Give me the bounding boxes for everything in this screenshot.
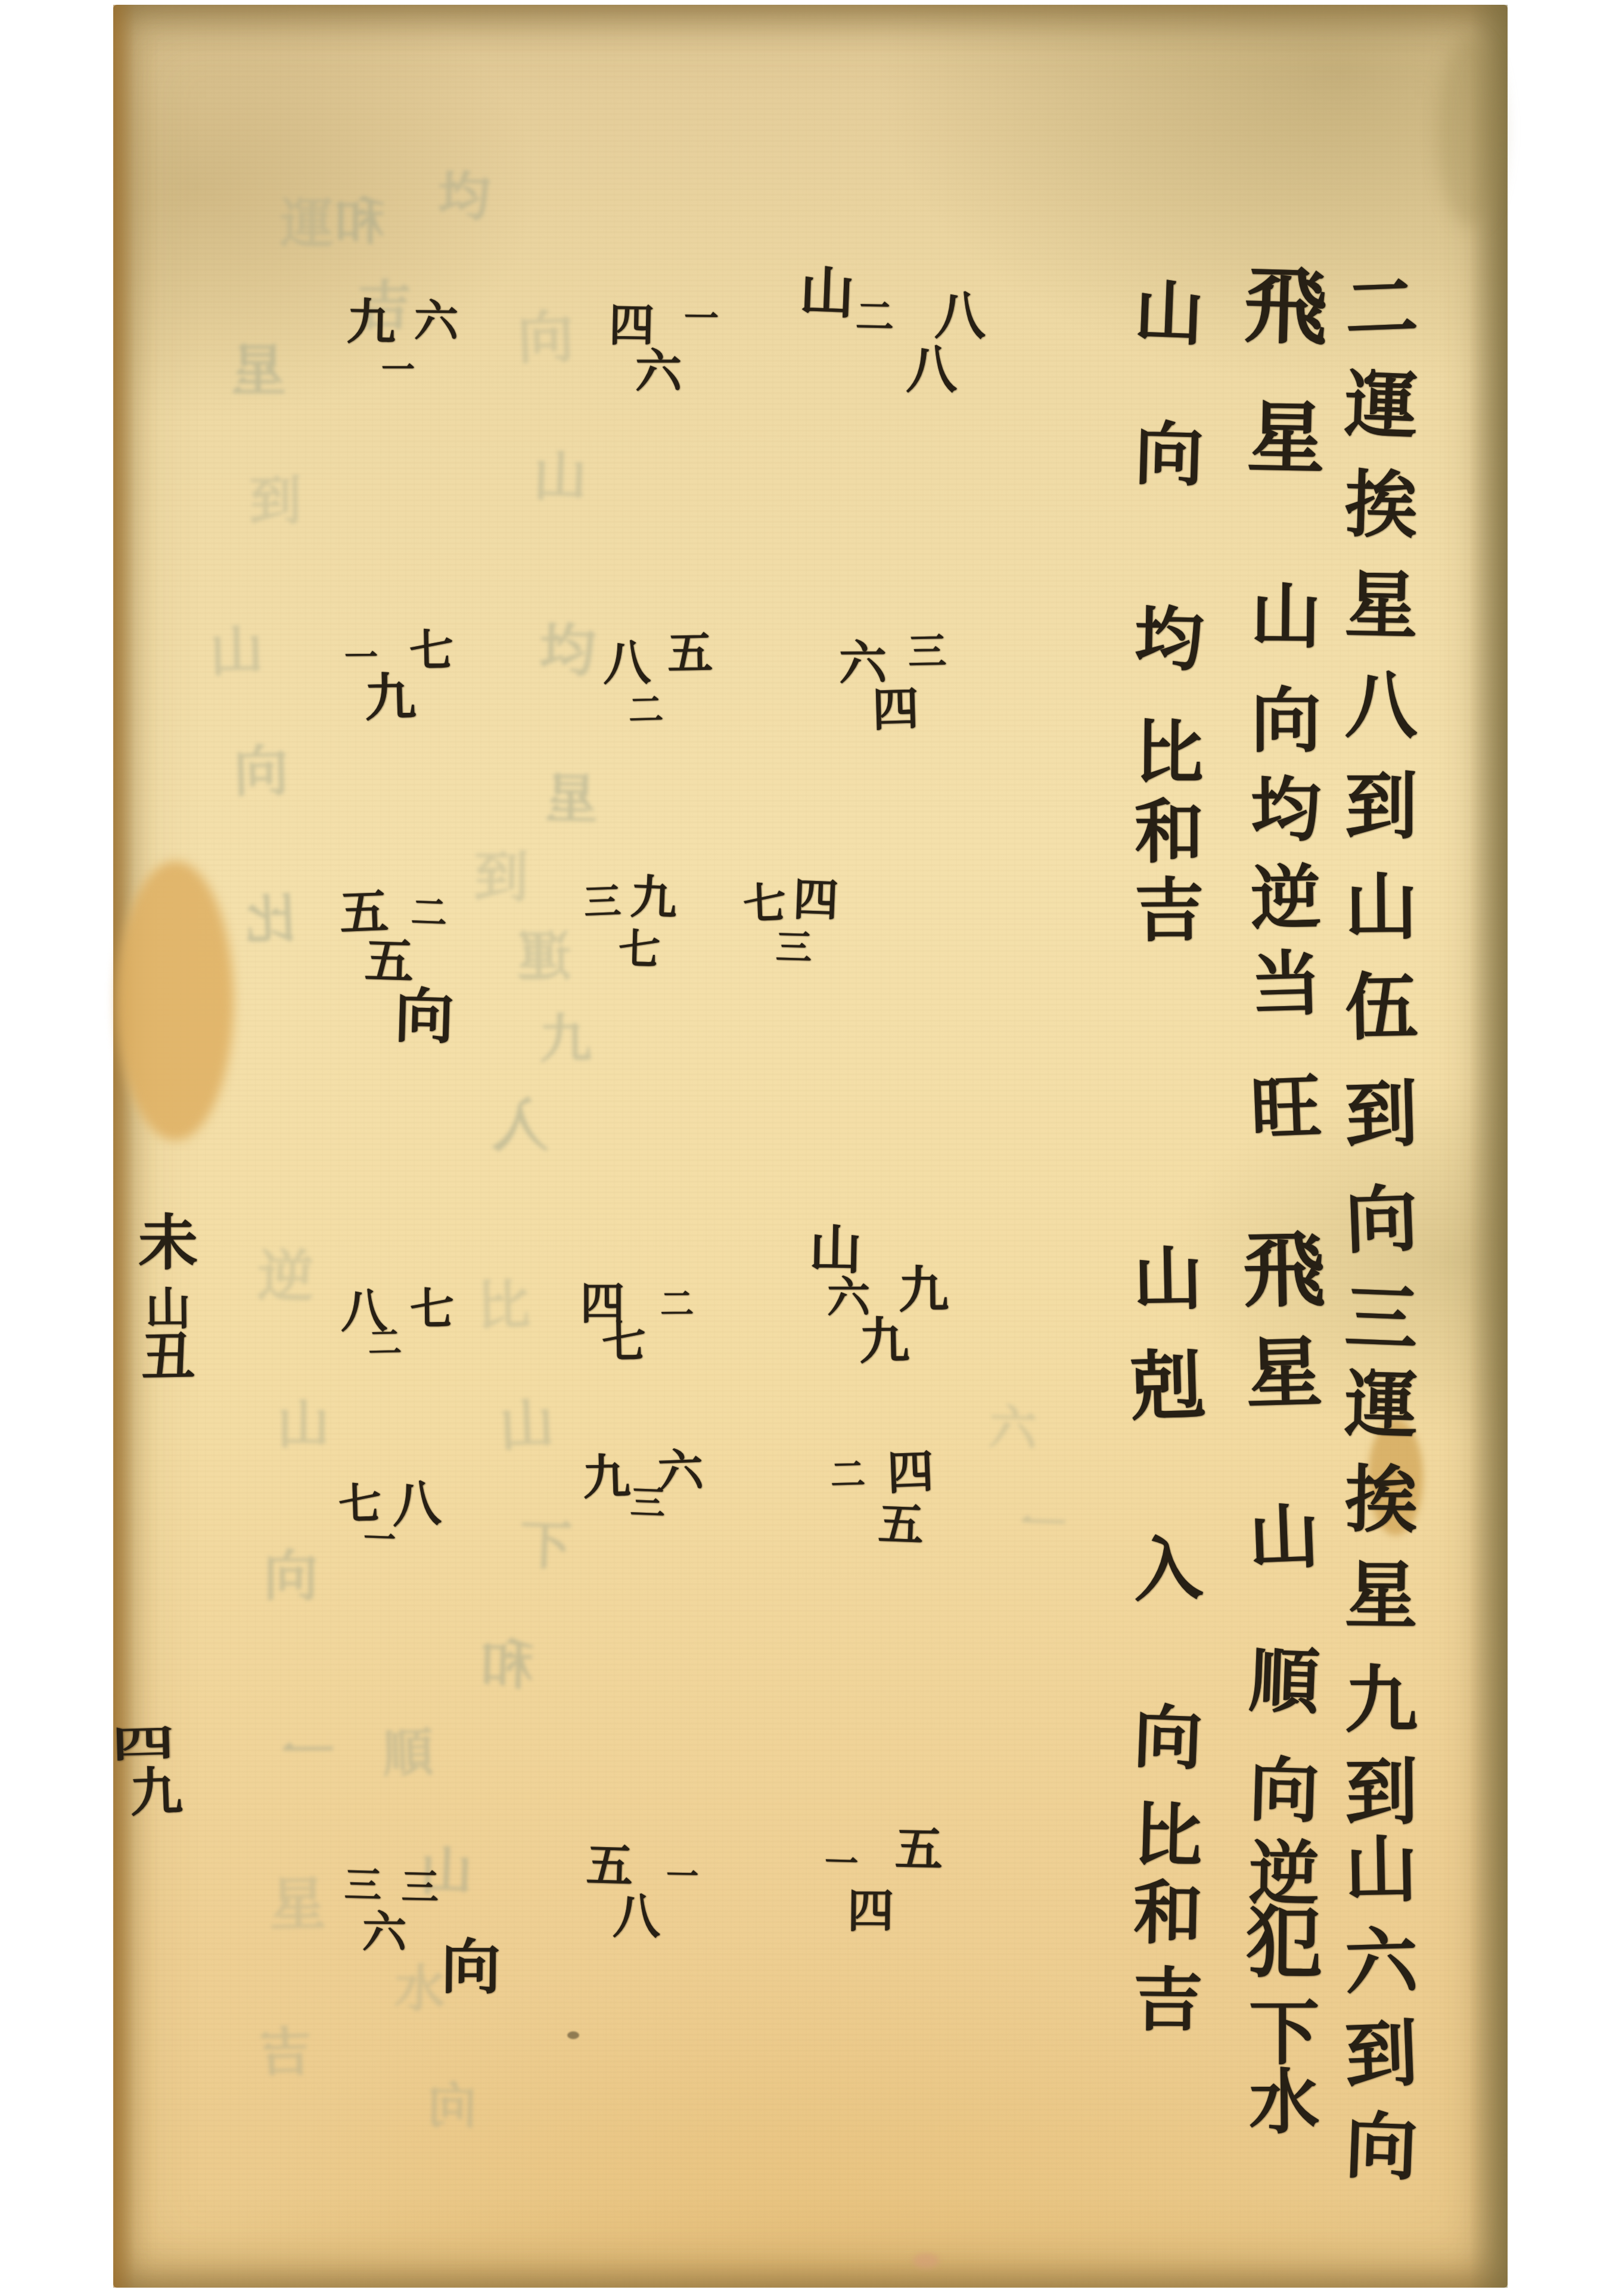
chart-cell-char: 四 [847, 1888, 894, 1935]
chart-cell-char: 一 [381, 353, 415, 386]
chart-cell-char: 九 [899, 1265, 949, 1315]
chart-facing-label: 向 [441, 1937, 501, 1997]
chart-cell-char: 一 [684, 301, 719, 336]
chart-cell-char: 三 [344, 1866, 382, 1904]
chart-cell-char: 三 [583, 883, 622, 921]
chart-cell-char: 七 [601, 1320, 646, 1364]
chart-cell-char: 九 [364, 672, 417, 724]
chart-cell-char: 二 [855, 297, 894, 336]
chart-cell-char: 五 [878, 1501, 925, 1549]
manuscript-page: 向山均星到運九入比山下和逆山向一星吉順山水向吉星到山向比六一均和運 二運挨星八到… [0, 0, 1622, 2296]
chart-cell-char: 二 [411, 895, 448, 932]
chart-cell-char: 五 [338, 887, 389, 938]
chart-cell-char: 八 [906, 345, 957, 396]
chart-cell-char: 七 [618, 928, 661, 971]
chart-facing-label: 向 [394, 986, 455, 1047]
chart-cell-char: 一 [363, 1522, 396, 1556]
chart-cell-char: 八 [603, 639, 651, 687]
chart-cell-char: 六 [362, 1910, 407, 1955]
chart-cell-char: 四 [887, 1449, 935, 1497]
chart-cell-char: 七 [410, 1287, 455, 1332]
chart-cell-char: 五 [586, 1842, 633, 1890]
chart-cell-char: 二 [830, 1457, 866, 1493]
chart-cell-char: 一 [666, 1859, 698, 1892]
chart-cell-char: 三 [908, 632, 946, 671]
chart-cell-char: 二 [628, 692, 664, 728]
chart-cell-char: 三 [630, 1485, 666, 1521]
chart-cell-char: 七 [742, 882, 787, 926]
chart-cell-char: 五 [667, 630, 713, 676]
chart-mountain-label: 山 [798, 264, 855, 321]
chart-cell-char: 八 [391, 1479, 442, 1529]
chart-cell-char: 九 [582, 1453, 631, 1501]
chart-cell-char: 四 [608, 302, 654, 348]
chart-cell-char: 四 [872, 686, 919, 734]
chart-cell-char: 四 [793, 877, 840, 924]
chart-cell-char: 七 [409, 628, 453, 673]
chart-cell-char: 六 [839, 639, 887, 687]
chart-layer: 山向二八八六三四七四三四一六八五二三九七九六一一七九五二五山向六九九二四五一五四… [0, 0, 1622, 2296]
chart-cell-char: 六 [414, 299, 459, 344]
chart-mountain-label: 山 [809, 1223, 862, 1276]
chart-cell-char: 一 [824, 1846, 859, 1881]
chart-cell-char: 八 [613, 1892, 661, 1941]
chart-cell-char: 九 [346, 297, 396, 347]
chart-cell-char: 六 [635, 349, 682, 395]
chart-cell-char: 九 [630, 874, 678, 923]
chart-cell-char: 二 [660, 1287, 694, 1321]
chart-cell-char: 二 [368, 1326, 402, 1360]
chart-cell-char: 五 [364, 936, 414, 986]
chart-cell-char: 三 [775, 929, 812, 966]
chart-cell-char: 九 [859, 1315, 910, 1367]
chart-cell-char: 五 [894, 1825, 943, 1873]
chart-cell-char: 三 [401, 1868, 439, 1906]
chart-cell-char: 八 [934, 291, 986, 343]
